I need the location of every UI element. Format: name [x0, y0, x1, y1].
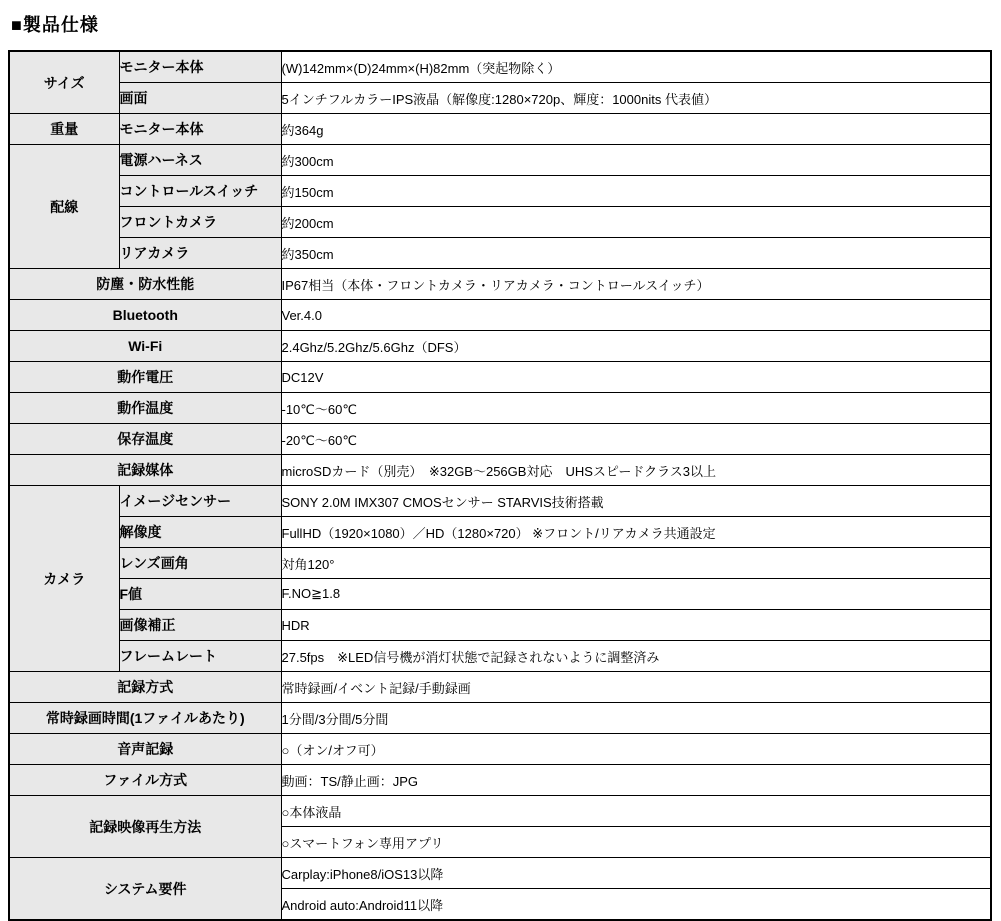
table-row: 解像度 FullHD（1920×1080）／HD（1280×720） ※フロント… [9, 517, 991, 548]
table-row: サイズ モニター本体 (W)142mm×(D)24mm×(H)82mm（突起物除… [9, 51, 991, 83]
table-row: 音声記録 ○（オン/オフ可） [9, 734, 991, 765]
group-label-camera: カメラ [9, 486, 119, 672]
value-audio-recording: ○（オン/オフ可） [281, 734, 991, 765]
group-label-playback-method: 記録映像再生方法 [9, 796, 281, 858]
table-row: F値 F.NO≧1.8 [9, 579, 991, 610]
value-lens-angle: 対角120° [281, 548, 991, 579]
sub-label-image-sensor: イメージセンサー [119, 486, 281, 517]
value-continuous-recording-time: 1分間/3分間/5分間 [281, 703, 991, 734]
group-label-recording-media: 記録媒体 [9, 455, 281, 486]
table-row: 記録方式 常時録画/イベント記録/手動録画 [9, 672, 991, 703]
sub-label-frame-rate: フレームレート [119, 641, 281, 672]
table-row: Wi-Fi 2.4Ghz/5.2Ghz/5.6Ghz（DFS） [9, 331, 991, 362]
value-system-requirements-android-auto: Android auto:Android11以降 [281, 889, 991, 902]
group-label-bluetooth: Bluetooth [9, 300, 281, 331]
sub-label-front-camera: フロントカメラ [119, 207, 281, 238]
table-row: コントロールスイッチ 約150cm [9, 176, 991, 207]
value-image-sensor: SONY 2.0M IMX307 CMOSセンサー STARVIS技術搭載 [281, 486, 991, 517]
value-screen-spec: 5インチフルカラーIPS液晶（解像度:1280×720p、輝度：1000nits… [281, 83, 991, 114]
value-frame-rate: 27.5fps ※LED信号機が消灯状態で記録されないように調整済み [281, 641, 991, 672]
value-power-harness-length: 約300cm [281, 145, 991, 176]
group-label-wiring: 配線 [9, 145, 119, 269]
value-recording-media: microSDカード（別売） ※32GB～256GB対応 UHSスピードクラス3… [281, 455, 991, 486]
value-wifi-bands: 2.4Ghz/5.2Ghz/5.6Ghz（DFS） [281, 331, 991, 362]
group-label-dustproof-waterproof: 防塵・防水性能 [9, 269, 281, 300]
value-monitor-weight: 約364g [281, 114, 991, 145]
group-label-system-requirements: システム要件 [9, 858, 281, 902]
table-row: 動作温度 -10℃～60℃ [9, 393, 991, 424]
group-label-continuous-recording-time: 常時録画時間(1ファイルあたり) [9, 703, 281, 734]
table-row: 保存温度 -20℃～60℃ [9, 424, 991, 455]
sub-label-screen: 画面 [119, 83, 281, 114]
value-bluetooth-version: Ver.4.0 [281, 300, 991, 331]
group-label-file-format: ファイル方式 [9, 765, 281, 796]
group-label-storage-temperature: 保存温度 [9, 424, 281, 455]
sub-label-resolution: 解像度 [119, 517, 281, 548]
group-label-wifi: Wi-Fi [9, 331, 281, 362]
value-control-switch-length: 約150cm [281, 176, 991, 207]
table-row: 記録映像再生方法 ○本体液晶 [9, 796, 991, 827]
value-file-format: 動画：TS/静止画：JPG [281, 765, 991, 796]
sub-label-control-switch: コントロールスイッチ [119, 176, 281, 207]
table-row: システム要件 Carplay:iPhone8/iOS13以降 [9, 858, 991, 889]
page-title: ■製品仕様 [11, 11, 99, 37]
group-label-audio-recording: 音声記録 [9, 734, 281, 765]
value-operating-voltage: DC12V [281, 362, 991, 393]
table-row: リアカメラ 約350cm [9, 238, 991, 269]
value-storage-temperature: -20℃～60℃ [281, 424, 991, 455]
group-label-operating-voltage: 動作電圧 [9, 362, 281, 393]
value-system-requirements-carplay: Carplay:iPhone8/iOS13以降 [281, 858, 991, 889]
table-row: レンズ画角 対角120° [9, 548, 991, 579]
table-row: Bluetooth Ver.4.0 [9, 300, 991, 331]
sub-label-rear-camera: リアカメラ [119, 238, 281, 269]
value-resolution: FullHD（1920×1080）／HD（1280×720） ※フロント/リアカ… [281, 517, 991, 548]
value-monitor-dimensions: (W)142mm×(D)24mm×(H)82mm（突起物除く） [281, 51, 991, 83]
value-recording-mode: 常時録画/イベント記録/手動録画 [281, 672, 991, 703]
value-front-camera-length: 約200cm [281, 207, 991, 238]
value-playback-monitor: ○本体液晶 [281, 796, 991, 827]
value-operating-temperature: -10℃～60℃ [281, 393, 991, 424]
value-rear-camera-length: 約350cm [281, 238, 991, 269]
value-playback-smartphone-app: ○スマートフォン専用アプリ [281, 827, 991, 858]
table-row: 配線 電源ハーネス 約300cm [9, 145, 991, 176]
sub-label-f-number: F値 [119, 579, 281, 610]
table-row: 防塵・防水性能 IP67相当（本体・フロントカメラ・リアカメラ・コントロールスイ… [9, 269, 991, 300]
group-label-operating-temperature: 動作温度 [9, 393, 281, 424]
table-row: ファイル方式 動画：TS/静止画：JPG [9, 765, 991, 796]
sub-label-monitor-body: モニター本体 [119, 51, 281, 83]
group-label-weight: 重量 [9, 114, 119, 145]
value-f-number: F.NO≧1.8 [281, 579, 991, 610]
table-row: 重量 モニター本体 約364g [9, 114, 991, 145]
sub-label-power-harness: 電源ハーネス [119, 145, 281, 176]
table-row: カメラ イメージセンサー SONY 2.0M IMX307 CMOSセンサー S… [9, 486, 991, 517]
table-row: 記録媒体 microSDカード（別売） ※32GB～256GB対応 UHSスピー… [9, 455, 991, 486]
table-row: 画像補正 HDR [9, 610, 991, 641]
sub-label-image-correction: 画像補正 [119, 610, 281, 641]
group-label-size: サイズ [9, 51, 119, 114]
product-spec-table: サイズ モニター本体 (W)142mm×(D)24mm×(H)82mm（突起物除… [8, 50, 992, 901]
table-row: 画面 5インチフルカラーIPS液晶（解像度:1280×720p、輝度：1000n… [9, 83, 991, 114]
table-row: 動作電圧 DC12V [9, 362, 991, 393]
value-image-correction: HDR [281, 610, 991, 641]
sub-label-monitor-body-weight: モニター本体 [119, 114, 281, 145]
group-label-recording-mode: 記録方式 [9, 672, 281, 703]
table-row: フロントカメラ 約200cm [9, 207, 991, 238]
table-row: 常時録画時間(1ファイルあたり) 1分間/3分間/5分間 [9, 703, 991, 734]
sub-label-lens-angle: レンズ画角 [119, 548, 281, 579]
table-row: フレームレート 27.5fps ※LED信号機が消灯状態で記録されないように調整… [9, 641, 991, 672]
value-ip-rating: IP67相当（本体・フロントカメラ・リアカメラ・コントロールスイッチ） [281, 269, 991, 300]
